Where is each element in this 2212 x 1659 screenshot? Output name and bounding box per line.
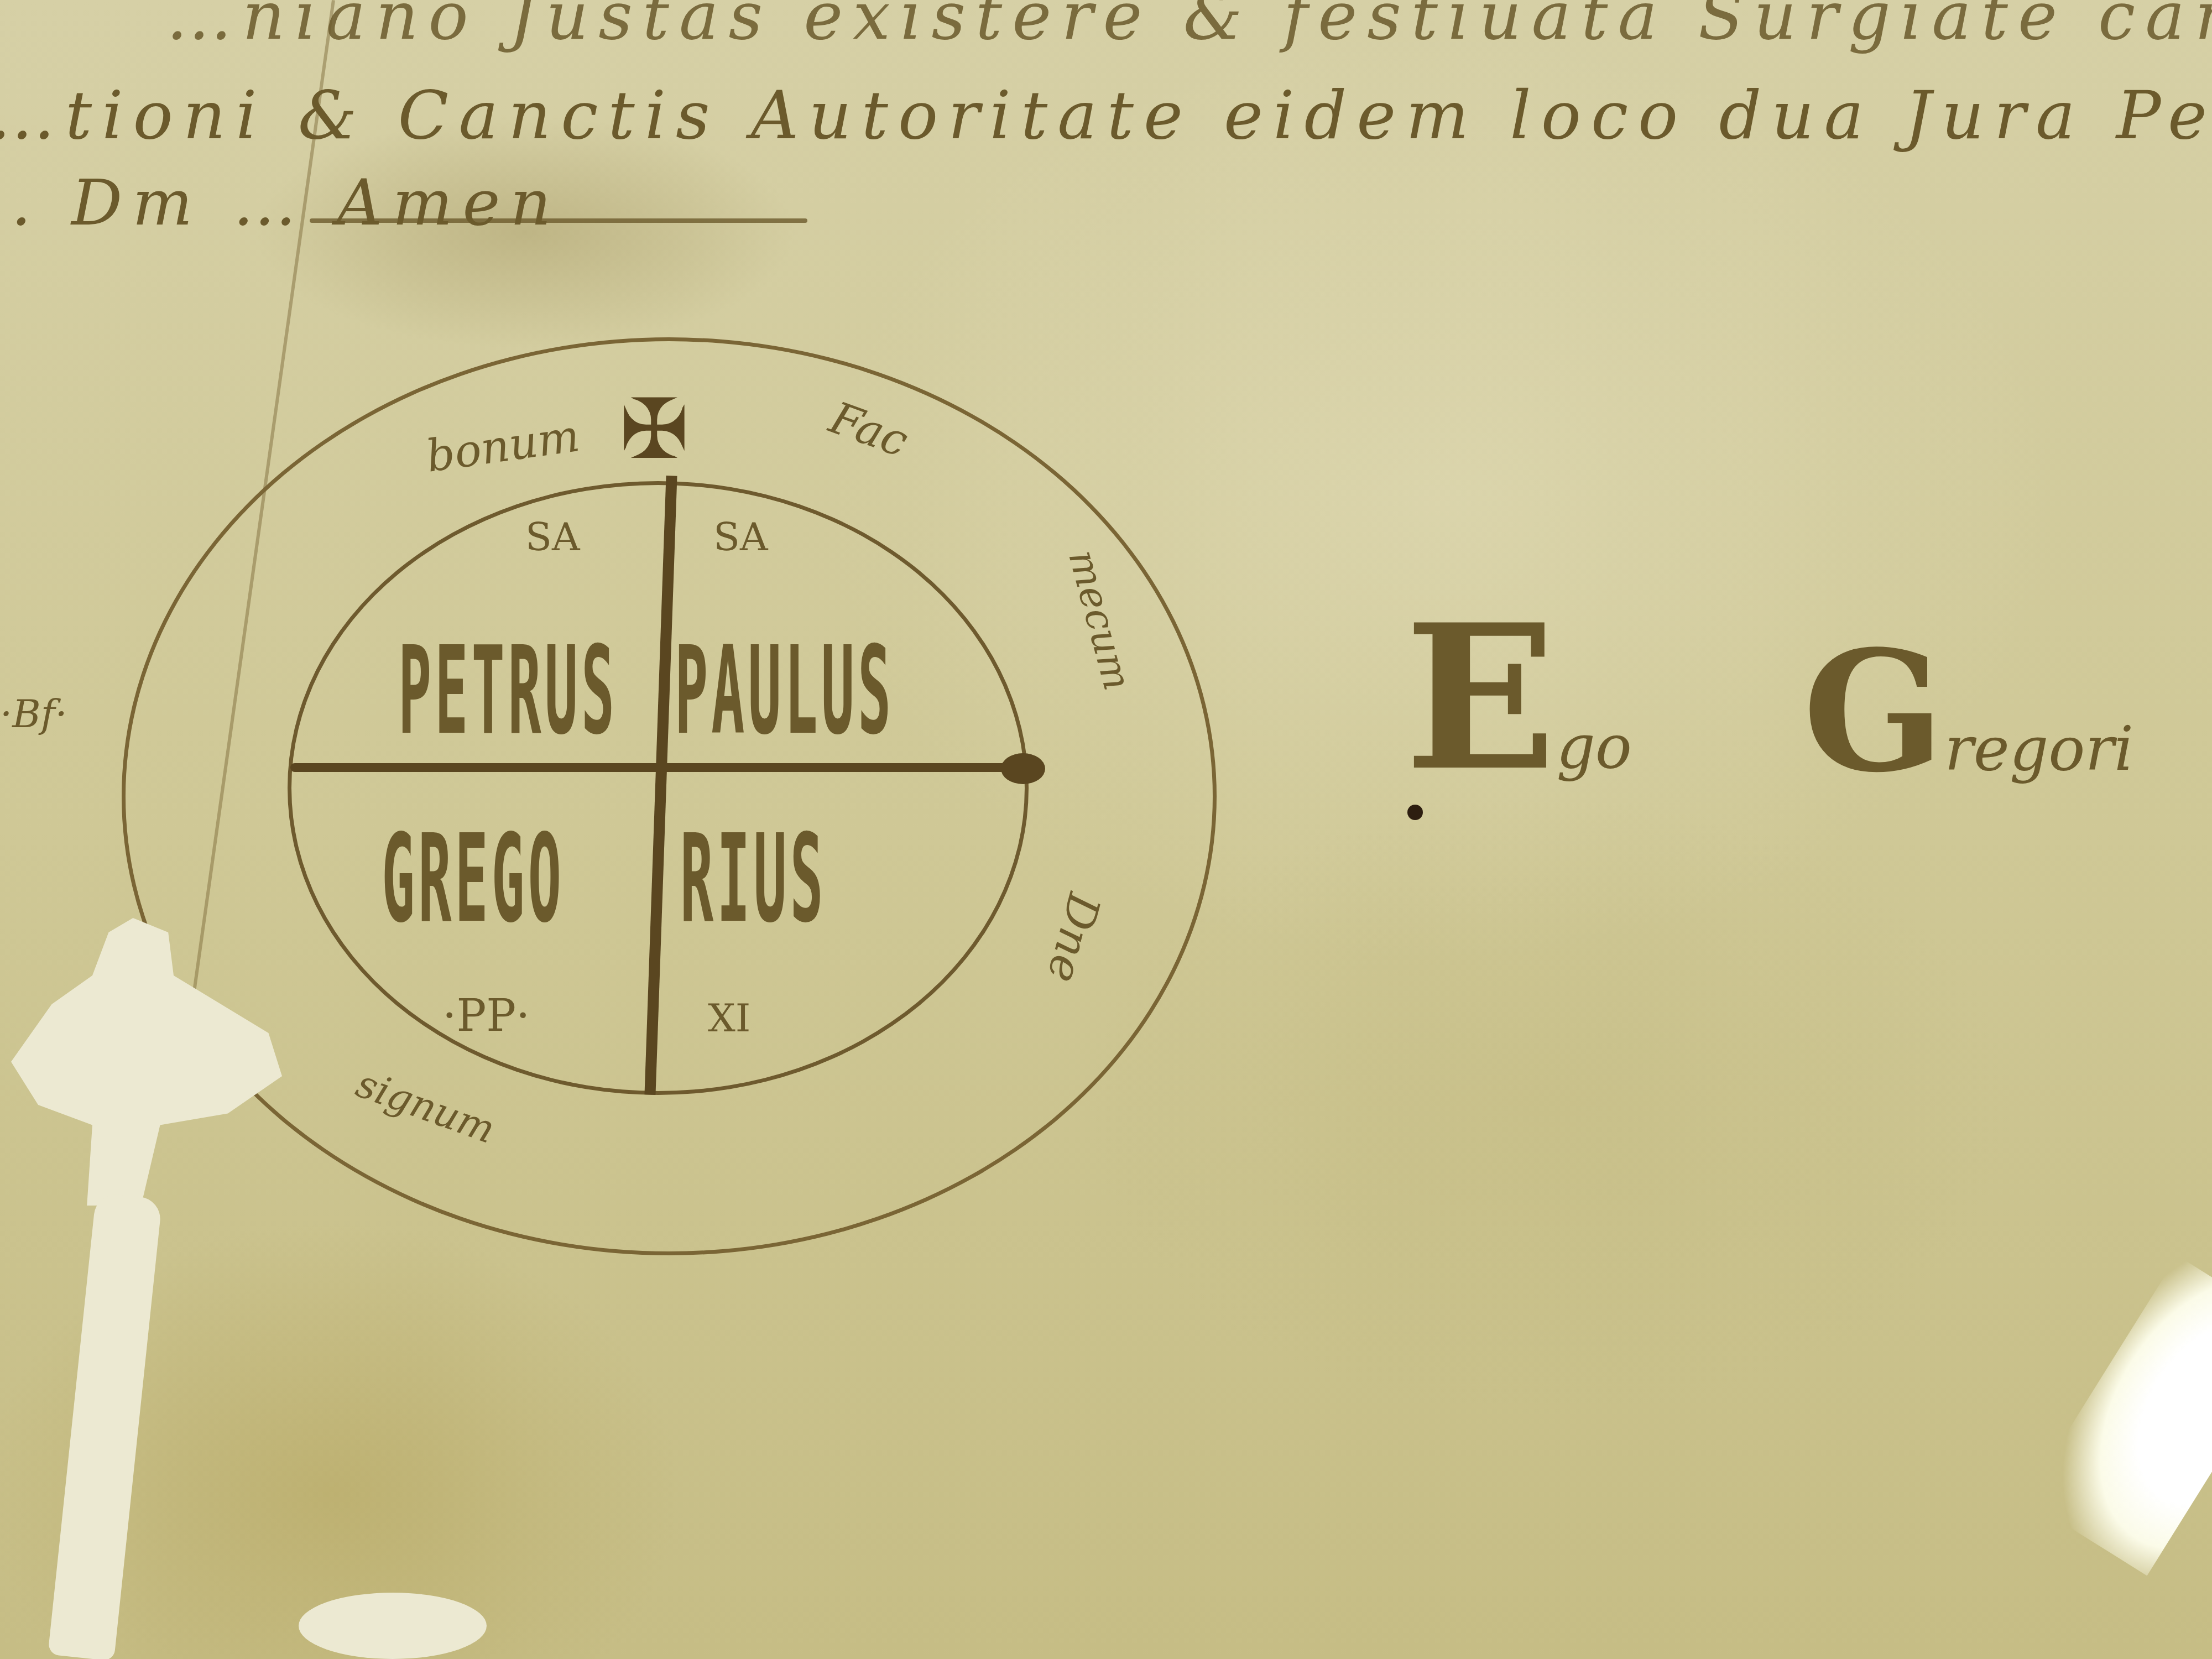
gregorius-rest: regori (1944, 713, 2133, 784)
ego-rest: go (1556, 711, 1632, 782)
amen-flourish-stroke (310, 218, 807, 223)
ego-subscription: Ego (1405, 581, 1632, 815)
gregorius-subscription: Gregori (1803, 614, 2133, 809)
rota-cross-terminal (1001, 753, 1045, 784)
ink-dot (1407, 805, 1423, 820)
rota-quadrant-grego: GREGO (382, 807, 565, 950)
rota-quadrant-rius: RIUS (680, 807, 827, 950)
rota-quadrant-paulus: PAULUS (675, 619, 894, 761)
text-line-1: …niano Justas existere & festiuata Surgi… (166, 0, 2212, 55)
text-line-2: …tioni & Canctis Autoritate eidem loco d… (0, 77, 2212, 154)
ego-initial: E (1405, 581, 1556, 815)
gregorius-initial: G (1803, 614, 1944, 809)
rota-legend-far-left: ·Bf· (0, 691, 67, 737)
rota-pp: ·PP· (442, 990, 530, 1041)
parchment-damage-small (299, 1593, 487, 1659)
rota-sa-right: SA (713, 514, 768, 560)
rota-sa-left: SA (525, 514, 580, 560)
text-line-3: . Dm … Amen (11, 166, 561, 240)
rota-xi: XI (708, 995, 751, 1041)
rota-quadrant-petrus: PETRUS (398, 619, 618, 761)
cross-star-icon: ✠ (619, 382, 689, 478)
rota-cross-horizontal (290, 763, 1031, 772)
